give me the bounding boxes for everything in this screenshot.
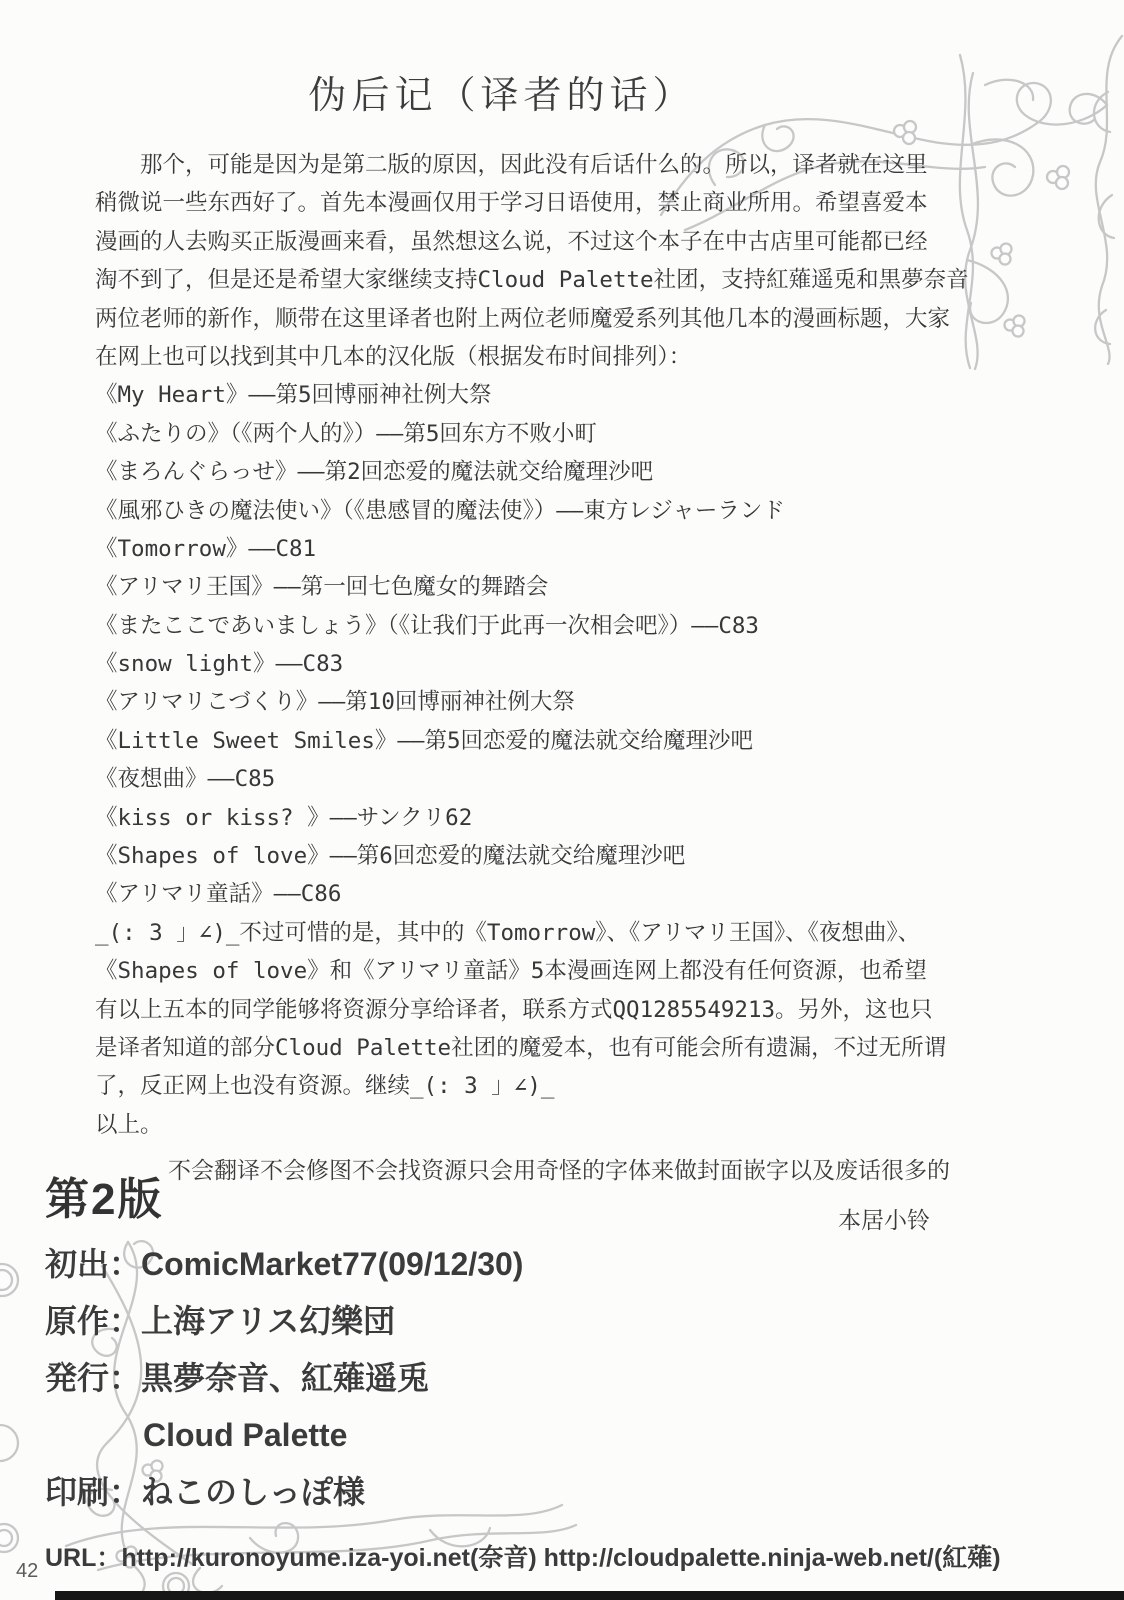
credit-row: 原作：上海アリス幻樂団 [45,1299,1001,1356]
credit-value: ねこのしっぽ様 [141,1474,365,1510]
page-title: 伪后记（译者的话） [0,64,1004,119]
edition-label: 第2版 [45,1163,163,1227]
credits-block: 初出：ComicMarket77(09/12/30)原作：上海アリス幻樂団発行：… [45,1242,1001,1575]
credit-row: 印刷：ねこのしっぽ様 [45,1470,1001,1527]
credit-row: 発行：黒夢奈音、紅薙遥兎 [45,1356,1001,1413]
body-line: 两位老师的新作，顺带在这里译者也附上两位老师魔爱系列其他几本的漫画标题，大家 [95,300,969,338]
clover-flower-icon [1005,316,1025,337]
body-line: 了，反正网上也没有资源。继续_(: 3 」∠)_ [95,1067,969,1105]
credit-value: 黒夢奈音、紅薙遥兎 [141,1360,429,1396]
body-line: 《kiss or kiss? 》——サンクリ62 [95,799,969,837]
body-line: 淘不到了，但是还是希望大家继续支持Cloud Palette社团，支持紅薙遥兎和… [95,261,969,299]
body-line: 《Shapes of love》——第6回恋爱的魔法就交给魔理沙吧 [95,837,969,875]
credit-row: URL：http://kuronoyume.iza-yoi.net(奈音) ht… [45,1541,1001,1575]
page-number: 42 [16,1560,38,1583]
body-line: 那个，可能是因为是第二版的原因，因此没有后话什么的。所以，译者就在这里 [95,146,969,184]
body-line: 《Little Sweet Smiles》——第5回恋爱的魔法就交给魔理沙吧 [95,722,969,760]
clover-flower-icon [1047,166,1069,189]
body-line: 是译者知道的部分Cloud Palette社团的魔爱本，也有可能会所有遗漏，不过… [95,1029,969,1067]
body-line: 《アリマリ童話》——C86 [95,875,969,913]
credit-label: URL： [45,1544,121,1572]
body-line: 在网上也可以找到其中几本的汉化版（根据发布时间排列）： [95,338,969,376]
right-edge-ornament [1080,30,1124,365]
body-line: 以上。 [95,1106,969,1144]
credit-row: 初出：ComicMarket77(09/12/30) [45,1242,1001,1299]
body-line: 有以上五本的同学能够将资源分享给译者，联系方式QQ1285549213。另外，这… [95,991,969,1029]
edition-note: 不会翻译不会修图不会找资源只会用奇怪的字体来做封面嵌字以及废话很多的 [168,1152,950,1185]
credit-value: http://kuronoyume.iza-yoi.net(奈音) http:/… [121,1544,1000,1572]
body-line: 《ふたりの》（《两个人的》）——第5回东方不败小町 [95,415,969,453]
credit-label: 原作： [45,1303,141,1339]
scan-edge-bar [55,1591,1124,1600]
translator-signature: 本居小铃 [838,1202,930,1235]
body-line: 稍微说一些东西好了。首先本漫画仅用于学习日语使用，禁止商业所用。希望喜爱本 [95,184,969,222]
body-line: 《Tomorrow》——C81 [95,530,969,568]
body-line: 《snow light》——C83 [95,645,969,683]
body-line: 《風邪ひきの魔法使い》（《患感冒的魔法使》）——東方レジャーランド [95,492,969,530]
credit-row: Cloud Palette [45,1413,1001,1470]
credit-label: 発行： [45,1360,141,1396]
body-line: 《まろんぐらっせ》——第2回恋爱的魔法就交给魔理沙吧 [95,453,969,491]
body-line: 《またここであいましょう》（《让我们于此再一次相会吧》）——C83 [95,607,969,645]
clover-flower-icon [992,244,1012,265]
credit-label: 印刷： [45,1474,141,1510]
body-line: _(: 3 」∠)_不过可惜的是，其中的《Tomorrow》、《アリマリ王国》、… [95,914,969,952]
afterword-body: 那个，可能是因为是第二版的原因，因此没有后话什么的。所以，译者就在这里稍微说一些… [95,146,969,1144]
credit-value: Cloud Palette [143,1417,347,1453]
body-line: 《Shapes of love》和《アリマリ童話》5本漫画连网上都没有任何资源，… [95,952,969,990]
credit-label: 初出： [45,1246,141,1282]
clover-flower-icon [894,121,916,144]
afterword-page: 伪后记（译者的话） 那个，可能是因为是第二版的原因，因此没有后话什么的。所以，译… [0,0,1124,1600]
credit-value: 上海アリス幻樂団 [141,1303,395,1339]
body-line: 《My Heart》——第5回博丽神社例大祭 [95,376,969,414]
body-line: 《アリマリ王国》——第一回七色魔女的舞踏会 [95,568,969,606]
body-line: 《アリマリこづくり》——第10回博丽神社例大祭 [95,683,969,721]
body-line: 《夜想曲》——C85 [95,760,969,798]
credit-value: ComicMarket77(09/12/30) [141,1246,523,1282]
body-line: 漫画的人去购买正版漫画来看，虽然想这么说，不过这个本子在中古店里可能都已经 [95,223,969,261]
